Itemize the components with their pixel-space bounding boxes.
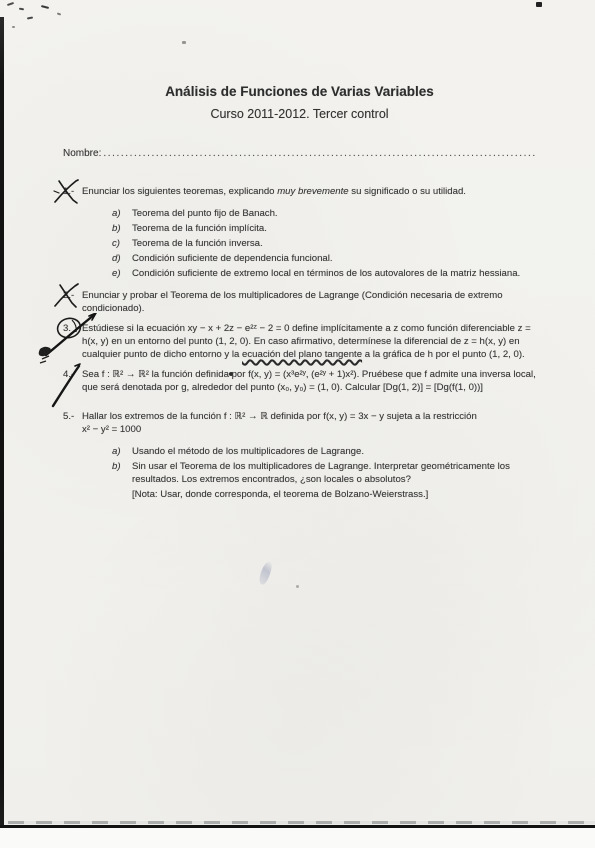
question-3-text: Estúdiese si la ecuación xy − x + 2z − e… [82,322,536,361]
ink-speck [19,8,24,11]
item-label: d) [112,252,121,265]
question-3-number: 3. [63,322,71,335]
question-5-number: 5.- [63,410,74,423]
question-1-text-post: su significado o su utilidad. [349,186,466,197]
item-text: Sin usar el Teorema de los multiplicador… [132,461,510,485]
question-2-number: 2.- [63,289,74,302]
name-line: Nombre: ................................… [63,147,536,160]
exam-content: Análisis de Funciones de Varias Variable… [63,84,536,501]
list-item: d)Condición suficiente de dependencia fu… [82,252,536,265]
question-5-items: a)Usando el método de los multiplicadore… [82,445,536,486]
item-label: b) [112,460,121,473]
list-item: e)Condición suficiente de extremo local … [82,267,536,280]
item-label: a) [112,445,121,458]
item-label: a) [112,207,121,220]
question-1-items: a)Teorema del punto fijo de Banach. b)Te… [82,207,536,280]
item-text: Teorema de la función inversa. [132,238,263,249]
item-label: b) [112,222,121,235]
item-text: Condición suficiente de extremo local en… [132,268,520,279]
item-text: Usando el método de los multiplicadores … [132,446,364,457]
ink-speck [12,26,15,28]
question-5-text: Hallar los extremos de la función f : ℝ²… [82,410,536,423]
ink-speck [536,2,542,7]
list-item: a)Teorema del punto fijo de Banach. [82,207,536,220]
item-label: e) [112,267,121,280]
question-1: 1.- Enunciar los siguientes teoremas, ex… [63,185,536,280]
ink-speck [182,41,186,44]
question-2-text: Enunciar y probar el Teorema de los mult… [82,289,536,315]
question-5-note: [Nota: Usar, donde corresponda, el teore… [82,488,536,501]
question-list: 1.- Enunciar los siguientes teoremas, ex… [63,185,536,501]
question-1-number: 1.- [63,185,74,198]
item-text: Condición suficiente de dependencia func… [132,253,333,264]
question-5-equation: x² − y² = 1000 [82,423,536,436]
question-4-number: 4.- [63,368,74,381]
question-3: 3. Estúdiese si la ecuación xy − x + 2z … [63,322,536,361]
ink-speck [7,2,14,6]
question-3-underlined-phrase: ecuación del plano tangente [242,349,362,360]
ink-speck [57,12,61,15]
question-1-text-pre: Enunciar los siguientes teoremas, explic… [82,186,277,197]
scan-below-page [0,828,595,848]
question-3-text-post: a la gráfica de h por el punto (1, 2, 0)… [362,349,525,360]
list-item: a)Usando el método de los multiplicadore… [82,445,536,458]
question-4: 4.- Sea f : ℝ² → ℝ² la función definida … [63,368,536,394]
ink-speck [27,16,33,19]
item-label: c) [112,237,120,250]
ink-speck [41,5,49,9]
item-text: Teorema de la función implícita. [132,223,267,234]
scanned-exam-page: Análisis de Funciones de Varias Variable… [0,0,595,848]
item-text: Teorema del punto fijo de Banach. [132,208,278,219]
question-1-text: Enunciar los siguientes teoremas, explic… [82,185,536,198]
name-dotted-line: ........................................… [103,147,536,160]
scan-smudge [258,560,274,586]
scan-bottom-smudge [8,821,595,824]
scan-edge-left-bar [0,17,4,829]
list-item: b)Sin usar el Teorema de los multiplicad… [82,460,536,486]
question-1-text-italic: muy brevemente [277,186,348,197]
ink-blob [39,347,51,356]
page-subtitle: Curso 2011-2012. Tercer control [63,107,536,121]
question-5: 5.- Hallar los extremos de la función f … [63,410,536,501]
list-item: b)Teorema de la función implícita. [82,222,536,235]
page-title: Análisis de Funciones de Varias Variable… [63,84,536,99]
name-label: Nombre: [63,147,101,160]
question-4-text: Sea f : ℝ² → ℝ² la función definida por … [82,368,536,394]
question-2: 2.- Enunciar y probar el Teorema de los … [63,289,536,315]
ink-speck [296,585,299,588]
list-item: c)Teorema de la función inversa. [82,237,536,250]
